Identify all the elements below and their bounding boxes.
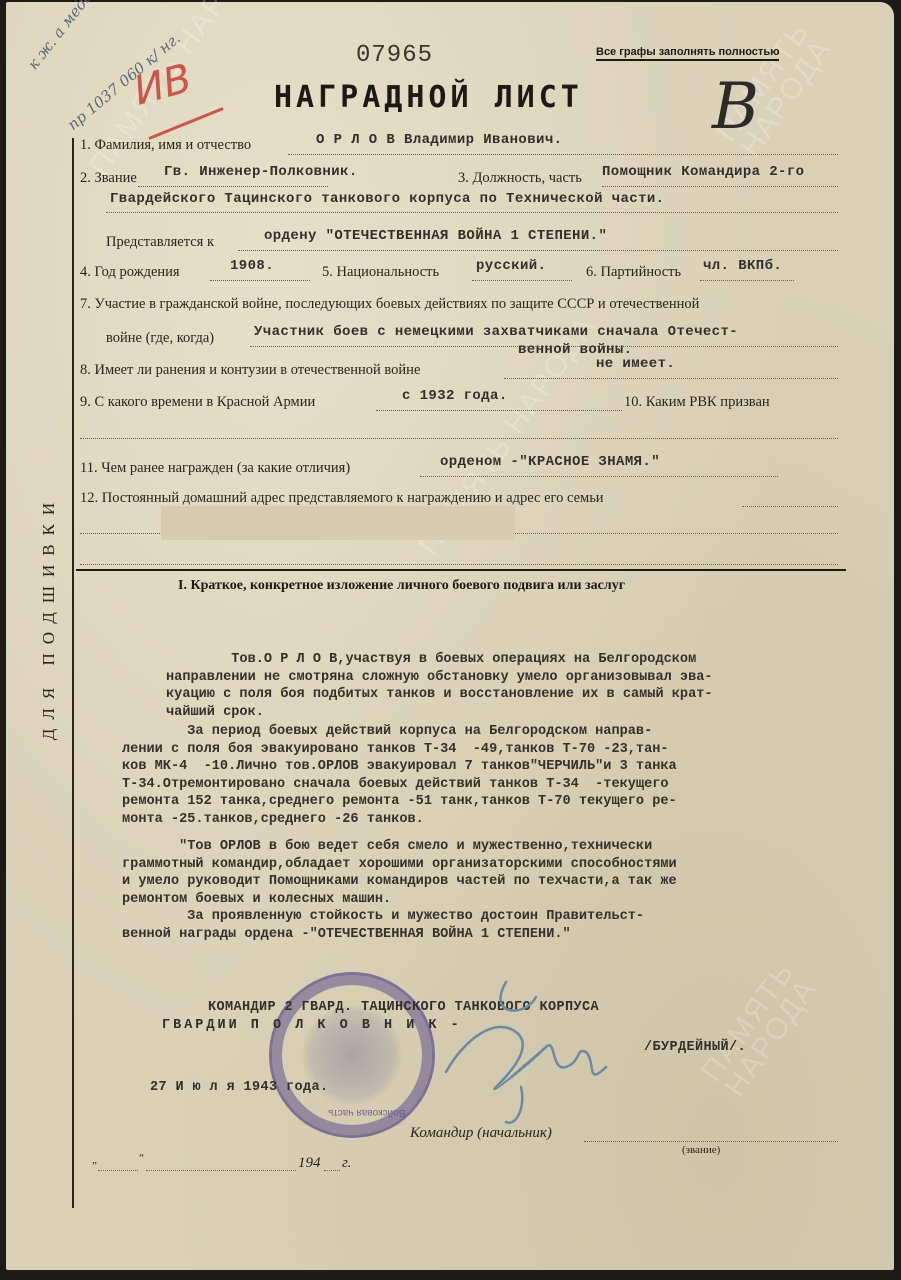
field-3-value-line2: Гвардейского Тацинского танкового корпус… <box>110 191 665 207</box>
date-template-close-quote: “ <box>138 1152 144 1164</box>
field-7-label: 7. Участие в гражданской войне, последую… <box>80 296 699 313</box>
citation-paragraph-1: Тов.О Р Л О В,участвуя в боевых операция… <box>166 651 713 721</box>
field-11-value: орденом -"КРАСНОЕ ЗНАМЯ." <box>440 454 660 470</box>
redacted-address <box>161 506 515 540</box>
nominated-line <box>238 250 838 251</box>
date-template-open-quote: „ <box>92 1154 98 1166</box>
watermark: ПАМЯТЬ НАРОДА <box>660 904 860 1156</box>
field-11-label: 11. Чем ранее награжден (за какие отличи… <box>80 460 350 477</box>
field-12-line3 <box>80 564 838 565</box>
field-6-value: чл. ВКПб. <box>703 258 782 274</box>
handwritten-signature <box>436 977 636 1127</box>
field-1-line <box>288 154 838 155</box>
field-1-value: О Р Л О В Владимир Иванович. <box>316 132 562 148</box>
field-4-line <box>210 280 310 281</box>
citation-paragraph-2: За период боевых действий корпуса на Бел… <box>122 723 677 828</box>
binding-margin-line <box>72 138 74 1208</box>
commander-line <box>584 1141 838 1142</box>
stamp-text: Войсковая часть <box>328 1107 405 1118</box>
section-divider <box>76 569 846 571</box>
field-3-value-line1: Помощник Командира 2-го <box>602 164 804 180</box>
field-7-label-line2: войне (где, когда) <box>106 330 214 347</box>
field-7-value-line1: Участник боев с немецкими захватчиками с… <box>254 324 738 340</box>
field-9-label: 9. С какого времени в Красной Армии <box>80 394 315 411</box>
citation-paragraph-4: За проявленную стойкость и мужество дост… <box>122 908 644 943</box>
date-template-year: 194 <box>298 1155 321 1172</box>
serial-number: 07965 <box>356 42 433 69</box>
field-3-line <box>602 186 838 187</box>
award-sheet: ДЛЯ ПОДШИВКИ ПАМЯТЬ НАРОДА ПАМЯТЬ НАРОДА… <box>6 2 894 1270</box>
field-3-line2 <box>106 212 838 213</box>
field-12-line <box>742 506 838 507</box>
official-stamp: Войсковая часть <box>269 972 435 1138</box>
field-5-label: 5. Национальность <box>322 264 439 281</box>
field-10-label: 10. Каким РВК призван <box>624 394 770 411</box>
citation-paragraph-3: "Тов ОРЛОВ в бою ведет себя смело и муже… <box>122 838 677 908</box>
field-3-label: 3. Должность, часть <box>458 170 582 187</box>
signatory-rank: ГВАРДИИ П О Л К О В Н И К - <box>162 1018 462 1033</box>
field-6-line <box>700 280 794 281</box>
date-month-line <box>146 1170 296 1171</box>
field-9-value: с 1932 года. <box>402 388 508 404</box>
section-1-heading: I. Краткое, конкретное изложение личного… <box>178 578 625 594</box>
field-8-value: не имеет. <box>596 356 675 372</box>
nominated-award: ордену "ОТЕЧЕСТВЕННАЯ ВОЙНА 1 СТЕПЕНИ." <box>264 228 607 244</box>
field-10-line <box>80 438 838 439</box>
date-day-line <box>98 1170 138 1171</box>
red-pencil-stroke <box>148 107 223 140</box>
handwritten-mark: В <box>712 70 759 144</box>
date-year-line <box>324 1170 340 1171</box>
signature-date: 27 И ю л я 1943 года. <box>150 1080 329 1095</box>
signatory-name: /БУРДЕЙНЫЙ/. <box>644 1040 746 1055</box>
field-6-label: 6. Партийность <box>586 264 681 281</box>
field-11-line <box>420 476 778 477</box>
field-4-value: 1908. <box>230 258 274 274</box>
field-8-line <box>504 378 838 379</box>
commander-label: Командир (начальник) <box>410 1125 552 1142</box>
field-2-label: 2. Звание <box>80 170 137 187</box>
field-8-label: 8. Имеет ли ранения и контузии в отечест… <box>80 362 420 379</box>
field-2-line <box>138 186 328 187</box>
field-9-line <box>376 410 622 411</box>
field-5-value: русский. <box>476 258 546 274</box>
handwritten-note: к ж. а медаль <box>24 0 107 73</box>
field-2-value: Гв. Инженер-Полковник. <box>164 164 358 180</box>
document-title: НАГРАДНОЙ ЛИСТ <box>274 80 583 115</box>
field-5-line <box>472 280 572 281</box>
binding-label: ДЛЯ ПОДШИВКИ <box>34 472 64 762</box>
instruction-note: Все графы заполнять полностью <box>596 46 779 61</box>
nominated-label: Представляется к <box>106 234 214 251</box>
rank-caption: (звание) <box>682 1144 720 1156</box>
field-4-label: 4. Год рождения <box>80 264 180 281</box>
field-12-label: 12. Постоянный домашний адрес представля… <box>80 490 604 507</box>
field-1-label: 1. Фамилия, имя и отчество <box>80 137 251 154</box>
date-template-suffix: г. <box>342 1155 351 1172</box>
